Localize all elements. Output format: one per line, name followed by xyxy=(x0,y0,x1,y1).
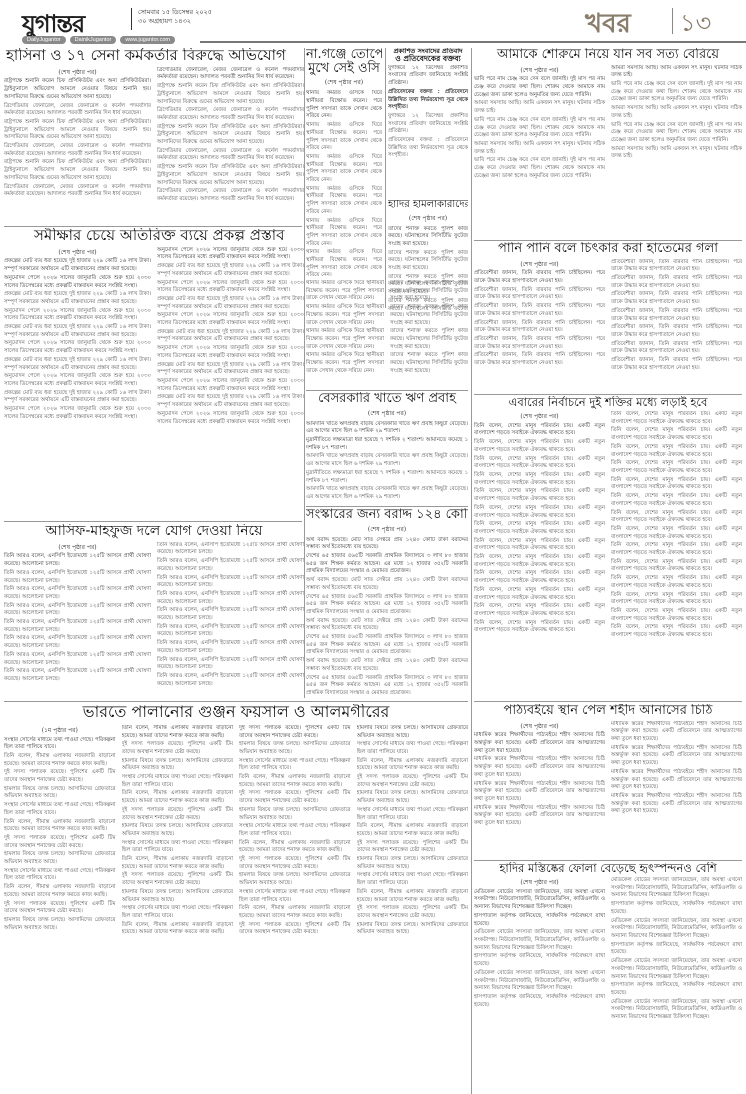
body-paragraph: তিনি বলেন, দেশের মানুষ পরিবর্তন চায়। এক… xyxy=(611,477,742,492)
body-paragraph: ব্রিগেডিয়ার জেনারেল, মেজর জেনারেল ও কর্… xyxy=(4,103,151,118)
body-paragraph: তিনি বলেন, দেশের মানুষ পরিবর্তন চায়। এক… xyxy=(611,444,742,459)
body-paragraph: ব্রিগেডিয়ার জেনারেল, মেজর জেনারেল ও কর্… xyxy=(157,148,304,163)
body-paragraph: হামলার বিষয়ে তদন্ত চলছে। আসামিদের গ্রেফ… xyxy=(4,917,116,932)
continued-label: (শেষ পৃষ্ঠার পর) xyxy=(306,77,382,88)
row-divider xyxy=(474,240,742,241)
body-paragraph: ভাবি পরে নাম চেঞ্জ করে দেন বলে জানাই। দু… xyxy=(611,81,742,104)
body-paragraph: ব্রিগেডিয়ার জেনারেল, মেজর জেনারেল ও কর্… xyxy=(4,184,151,199)
body-paragraph: তিনি বলেন, দেশের মানুষ পরিবর্তন চায়। এক… xyxy=(611,493,742,508)
body-paragraph: আমরা সমস্যায় আছি। আমি একজন সৎ মানুষ। ঘট… xyxy=(474,141,605,156)
body-paragraph: হাসপাতাল কর্তৃপক্ষ জানিয়েছে, সার্বক্ষণি… xyxy=(474,994,605,1009)
body-paragraph: তিনি বলেন, দেশের মানুষ পরিবর্তন চায়। এক… xyxy=(474,423,605,438)
body-paragraph: তিনি বলেন, সীমান্ত এলাকায় নজরদারি বাড়া… xyxy=(357,889,469,904)
row-divider xyxy=(474,860,742,861)
body-paragraph: প্রতিবেশীরা জানান, তিনি বারবার পানি চাইছ… xyxy=(474,303,605,318)
body-paragraph: অনুমোদন পেলে ২০২৬ সালের জানুয়ারি থেকে শ… xyxy=(157,280,304,295)
body-paragraph: তিনি বলেন, দেশের মানুষ পরিবর্তন চায়। এক… xyxy=(474,505,605,520)
body-paragraph: তাদের শনাক্ত করতে পুলিশ কাজ করছে। ঘটনাস্… xyxy=(388,226,468,249)
body-paragraph: প্রকল্পের মোট ব্যয় ধরা হয়েছে দুই হাজার… xyxy=(4,291,151,306)
body-paragraph: তিনি আরও বলেন, এনসিপি ইতোমধ্যে ১২৫টি আসন… xyxy=(157,673,304,688)
column-divider xyxy=(471,48,472,1094)
section-divider xyxy=(672,8,673,34)
body-paragraph: তাদের শনাক্ত করতে পুলিশ কাজ করছে। ঘটনাস্… xyxy=(390,328,468,351)
facebook-link[interactable]: DailyJugantor xyxy=(22,36,66,44)
body-paragraph: প্রতিবেশীরা জানান, তিনি বারবার পানি চাইছ… xyxy=(611,341,742,356)
date-gregorian: সোমবার ১৫ ডিসেম্বর ২০২৫ xyxy=(138,8,212,17)
body-paragraph: দুই সদস্য পলাতক রয়েছে। পুলিশের একটি টিম… xyxy=(239,922,351,937)
continued-label: (শেষ পৃষ্ঠার পর) xyxy=(4,249,151,257)
body-paragraph: সংস্থার সোর্সের মাধ্যমে তথ্য পাওয়া গেছে… xyxy=(122,774,234,789)
body-paragraph: মাধ্যমিক স্তরের শিক্ষার্থীদের পাঠ্যবইয়ে… xyxy=(474,732,605,755)
body-paragraph: দুই সদস্য পলাতক রয়েছে। পুলিশের একটি টিম… xyxy=(239,790,351,805)
body-paragraph: ব্রিগেডিয়ার জেনারেল, মেজর জেনারেল ও কর্… xyxy=(157,67,304,82)
body-paragraph: প্রতিবেশীরা জানান, তিনি বারবার পানি চাইছ… xyxy=(474,336,605,351)
body-paragraph: সংস্থার সোর্সের মাধ্যমে তথ্য পাওয়া গেছে… xyxy=(239,823,351,838)
body-paragraph: তিনি বলেন, সীমান্ত এলাকায় নজরদারি বাড়া… xyxy=(122,790,234,805)
body-paragraph: অনুমোদন পেলে ২০২৬ সালের জানুয়ারি থেকে শ… xyxy=(4,275,151,290)
body-paragraph: তাদের শনাক্ত করতে পুলিশ কাজ করছে। ঘটনাস্… xyxy=(390,352,468,375)
body-paragraph: থানায় কর্মরত ওসিকে ঘিরে স্থানীয়রা বিক্… xyxy=(306,280,384,303)
body-paragraph: প্রতিবেশীরা জানান, তিনি বারবার পানি চাইছ… xyxy=(611,259,742,274)
body-paragraph: অনুমোদন পেলে ২০২৬ সালের জানুয়ারি থেকে শ… xyxy=(157,345,304,360)
body-paragraph: তিনি বলেন, দেশের মানুষ পরিবর্তন চায়। এক… xyxy=(611,510,742,525)
body-paragraph: অনুমোদন পেলে ২০২৬ সালের জানুয়ারি থেকে শ… xyxy=(4,340,151,355)
body-paragraph: হামলার বিষয়ে তদন্ত চলছে। আসামিদের গ্রেফ… xyxy=(122,758,234,773)
body-paragraph: মাধ্যমিক স্তরের শিক্ষার্থীদের পাঠ্যবইয়ে… xyxy=(611,793,742,816)
body-paragraph: মেডিকেল বোর্ডের সদস্যরা জানিয়েছেন, তার … xyxy=(611,877,742,900)
body-paragraph: সংস্থার সোর্সের মাধ্যমে তথ্য পাওয়া গেছে… xyxy=(239,758,351,773)
body-paragraph: দুই সদস্য পলাতক রয়েছে। পুলিশের একটি টিম… xyxy=(357,774,469,789)
body-paragraph: দুই সদস্য পলাতক রয়েছে। পুলিশের একটি টিম… xyxy=(122,741,234,756)
body-paragraph: তিনি বলেন, দেশের মানুষ পরিবর্তন চায়। এক… xyxy=(611,427,742,442)
row-divider xyxy=(474,701,742,702)
body-paragraph: ভাবি পরে নাম চেঞ্জ করে দেন বলে জানাই। দু… xyxy=(474,76,605,99)
body-paragraph: ব্রিগেডিয়ার জেনারেল, মেজর জেনারেল ও কর্… xyxy=(4,143,151,158)
headline: আমাকে শোরুমে নিয়ে যান সব সত্য বেরিয়ে xyxy=(474,48,742,62)
body-paragraph: মাধ্যমিক স্তরের শিক্ষার্থীদের পাঠ্যবইয়ে… xyxy=(611,721,742,744)
body-paragraph: তিনি বলেন, দেশের মানুষ পরিবর্তন চায়। এক… xyxy=(611,559,742,574)
page-number: ১৩ xyxy=(680,5,711,45)
body-paragraph: তিনি বলেন, দেশের মানুষ পরিবর্তন চায়। এক… xyxy=(474,603,605,618)
body-paragraph: রাষ্ট্রপক্ষে শুনানি করেন চিফ প্রসিকিউটর … xyxy=(4,159,151,182)
body-paragraph: ভাবি পরে নাম চেঞ্জ করে দেন বলে জানাই। দু… xyxy=(611,122,742,145)
header-rule xyxy=(200,41,746,43)
body-paragraph: প্রতিবেশীরা জানান, তিনি বারবার পানি চাইছ… xyxy=(611,357,742,372)
body-paragraph: তিনি বলেন, দেশের মানুষ পরিবর্তন চায়। এক… xyxy=(474,554,605,569)
body-paragraph: তিনি আরও বলেন, এনসিপি ইতোমধ্যে ১২৫টি আসন… xyxy=(157,640,304,655)
date-block: সোমবার ১৫ ডিসেম্বর ২০২৫ ৩০ অগ্রহায়ণ ১৪৩… xyxy=(138,8,212,26)
story-ngonj: না.গঞ্জে তোপের মুখে সেই ওসি (শেষ পৃষ্ঠার… xyxy=(306,48,382,278)
body-paragraph: হামলার বিষয়ে তদন্ত চলছে। আসামিদের গ্রেফ… xyxy=(239,807,351,822)
body-paragraph: মুদ্রানীতিতে লক্ষ্যমাত্রা ধরা হয়েছে ৭ দ… xyxy=(306,470,468,485)
body-paragraph: প্রতিবেশীরা জানান, তিনি বারবার পানি চাইছ… xyxy=(474,287,605,302)
continued-label: (শেষ পৃষ্ঠার পর) xyxy=(474,413,605,421)
story-election: এবারের নির্বাচনে দুই শক্তির মধ্যে লড়াই … xyxy=(474,396,742,696)
body-paragraph: দেশের ৬৫ হাজার ৫৬৫টি সরকারি প্রাথমিক বিদ… xyxy=(306,594,468,617)
headline: হাসিনা ও ১৭ সেনা কর্মকর্তার বিরুদ্ধে অভি… xyxy=(4,48,304,64)
body-paragraph: তিনি আরও বলেন, এনসিপি ইতোমধ্যে ১২৫টি আসন… xyxy=(4,619,151,634)
body-paragraph: তিনি আরও বলেন, এনসিপি ইতোমধ্যে ১২৫টি আসন… xyxy=(157,558,304,573)
body-paragraph: তিনি বলেন, দেশের মানুষ পরিবর্তন চায়। এক… xyxy=(611,460,742,475)
body-paragraph: রাষ্ট্রপক্ষে শুনানি করেন চিফ প্রসিকিউটর … xyxy=(157,164,304,187)
body-paragraph: প্রকল্পের মোট ব্যয় ধরা হয়েছে দুই হাজার… xyxy=(157,263,304,278)
body-paragraph: প্রতিবেশীরা জানান, তিনি বারবার পানি চাইছ… xyxy=(474,352,605,367)
body-paragraph: প্রকল্পের মোট ব্যয় ধরা হয়েছে দুই হাজার… xyxy=(157,296,304,311)
body-paragraph: মেডিকেল বোর্ডের সদস্যরা জানিয়েছেন, তার … xyxy=(474,889,605,912)
row-divider xyxy=(4,521,302,522)
body-paragraph: মেডিকেল বোর্ডের সদস্যরা জানিয়েছেন, তার … xyxy=(611,958,742,981)
body-paragraph: তিনি বলেন, দেশের মানুষ পরিবর্তন চায়। এক… xyxy=(611,411,742,426)
body-paragraph: হাসপাতাল কর্তৃপক্ষ জানিয়েছে, সার্বক্ষণি… xyxy=(611,942,742,957)
body-paragraph: তিনি আরও বলেন, এনসিপি ইতোমধ্যে ১২৫টি আসন… xyxy=(157,607,304,622)
date-bengali: ৩০ অগ্রহায়ণ ১৪৩২ xyxy=(138,17,212,26)
body-paragraph: অর্থ বরাদ্দ হয়েছে। মোট সাত সেক্টরে প্রা… xyxy=(306,618,468,633)
body-paragraph: অনুমোদন পেলে ২০২৬ সালের জানুয়ারি থেকে শ… xyxy=(157,247,304,262)
body-paragraph: তিনি বলেন, দেশের মানুষ পরিবর্তন চায়। এক… xyxy=(474,456,605,471)
body-paragraph: প্রকল্পের মোট ব্যয় ধরা হয়েছে দুই হাজার… xyxy=(157,362,304,377)
headline-line-2: মুখে সেই ওসি xyxy=(306,62,382,76)
body-paragraph: দুই সদস্য পলাতক রয়েছে। পুলিশের একটি টিম… xyxy=(122,872,234,887)
row-divider xyxy=(306,390,468,391)
body-paragraph: তিনি বলেন, সীমান্ত এলাকায় নজরদারি বাড়া… xyxy=(4,753,116,768)
masthead: যুগান্তর সোমবার ১৫ ডিসেম্বর ২০২৫ ৩০ অগ্র… xyxy=(0,0,746,46)
body-paragraph: অনুমোদন পেলে ২০২৬ সালের জানুয়ারি থেকে শ… xyxy=(157,312,304,327)
headline: সমীক্ষার চেয়ে অতিরিক্ত ব্যয়ে প্রকল্প প… xyxy=(4,228,304,244)
body-paragraph: তাদের শনাক্ত করতে পুলিশ কাজ করছে। ঘটনাস্… xyxy=(390,304,468,327)
body-paragraph: তাদের শনাক্ত করতে পুলিশ কাজ করছে। ঘটনাস্… xyxy=(390,280,468,303)
body-paragraph: তিনি আরও বলেন, এনসিপি ইতোমধ্যে ১২৫টি আসন… xyxy=(4,603,151,618)
body-paragraph: অর্থ বরাদ্দ হয়েছে। মোট সাত সেক্টরে প্রা… xyxy=(306,577,468,592)
body-paragraph: প্রকল্পের মোট ব্যয় ধরা হয়েছে দুই হাজার… xyxy=(4,390,151,405)
continued-label: (শেষ পৃষ্ঠার পর) xyxy=(306,408,468,419)
body-paragraph: থানায় কর্মরত ওসিকে ঘিরে স্থানীয়রা বিক্… xyxy=(306,352,384,375)
body-paragraph: তিনি বলেন, দেশের মানুষ পরিবর্তন চায়। এক… xyxy=(611,608,742,623)
body-paragraph: হামলার বিষয়ে তদন্ত চলছে। আসামিদের গ্রেফ… xyxy=(122,823,234,838)
body-paragraph: প্রতিবেশীরা জানান, তিনি বারবার পানি চাইছ… xyxy=(611,308,742,323)
body-paragraph: তিনি আরও বলেন, এনসিপি ইতোমধ্যে ১২৫টি আসন… xyxy=(4,668,151,683)
body-paragraph: থানায় কর্মরত ওসিকে ঘিরে স্থানীয়রা বিক্… xyxy=(306,328,384,351)
body-paragraph: তিনি আরও বলেন, এনসিপি ইতোমধ্যে ১২৫টি আসন… xyxy=(4,553,151,568)
social-links: DailyJugantor DainikJugantor www.juganto… xyxy=(22,36,175,44)
body-paragraph: থানায় কর্মরত ওসিকে ঘিরে স্থানীয়রা বিক্… xyxy=(306,249,382,278)
body-paragraph: সংস্থার সোর্সের মাধ্যমে তথ্য পাওয়া গেছে… xyxy=(357,807,469,822)
body-paragraph: তাদের শনাক্ত করতে পুলিশ কাজ করছে। ঘটনাস্… xyxy=(388,250,468,273)
body-paragraph: হাসপাতাল কর্তৃপক্ষ জানিয়েছে, সার্বক্ষণি… xyxy=(474,953,605,968)
body-paragraph: অর্থ বরাদ্দ হয়েছে। মোট সাত সেক্টরে প্রা… xyxy=(306,537,468,552)
body-paragraph: আমরা সমস্যায় আছি। আমি একজন সৎ মানুষ। ঘট… xyxy=(611,146,742,161)
body-paragraph: সংস্থার সোর্সের মাধ্যমে তথ্য পাওয়া গেছে… xyxy=(122,840,234,855)
body-paragraph: প্রতিবেশীরা জানান, তিনি বারবার পানি চাইছ… xyxy=(611,324,742,339)
story-reform: সংস্কারের জন্য বরাদ্দ ১২৪ কোটি (শেষ পৃষ্… xyxy=(306,508,468,698)
body-paragraph: প্রকল্পের মোট ব্যয় ধরা হয়েছে দুই হাজার… xyxy=(157,329,304,344)
body-paragraph: অর্থ বরাদ্দ হয়েছে। মোট সাত সেক্টরে প্রা… xyxy=(306,658,468,673)
body-paragraph: প্রতিবেদকের বক্তব্য : প্রতিবেদনে উল্লিখি… xyxy=(388,89,468,112)
body-paragraph: সংস্থার সোর্সের মাধ্যমে তথ্য পাওয়া গেছে… xyxy=(4,737,116,752)
story-private-loan: বেসরকারি খাতে ঋণ প্রবাহ (শেষ পৃষ্ঠার পর)… xyxy=(306,392,468,504)
body-paragraph: সংস্থার সোর্সের মাধ্যমে তথ্য পাওয়া গেছে… xyxy=(122,905,234,920)
column-divider xyxy=(385,48,386,308)
continued-label: (১ম পৃষ্ঠার পর) xyxy=(4,727,116,735)
body-paragraph: আমদানি খাতে ঋণপ্রবাহ বাড়ায় বেসরকারি খা… xyxy=(306,486,468,501)
body-paragraph: তিনি বলেন, দেশের মানুষ পরিবর্তন চায়। এক… xyxy=(474,488,605,503)
body-paragraph: তিনি বলেন, সীমান্ত এলাকায় নজরদারি বাড়া… xyxy=(122,922,234,937)
body-paragraph: তিনি বলেন, দেশের মানুষ পরিবর্তন চায়। এক… xyxy=(611,592,742,607)
body-paragraph: আমরা সমস্যায় আছি। আমি একজন সৎ মানুষ। ঘট… xyxy=(611,105,742,120)
body-paragraph: আমরা সমস্যায় আছি। আমি একজন সৎ মানুষ। ঘট… xyxy=(474,100,605,115)
body-paragraph: প্রতিবেদকের বক্তব্য : প্রতিবেদনে উল্লিখি… xyxy=(388,137,468,160)
body-paragraph: মেডিকেল বোর্ডের সদস্যরা জানিয়েছেন, তার … xyxy=(611,999,742,1022)
body-paragraph: দুই সদস্য পলাতক রয়েছে। পুলিশের একটি টিম… xyxy=(357,905,469,920)
body-paragraph: দেশের ৬৫ হাজার ৫৬৫টি সরকারি প্রাথমিক বিদ… xyxy=(306,634,468,657)
body-paragraph: তিনি বলেন, সীমান্ত এলাকায় নজরদারি বাড়া… xyxy=(357,823,469,838)
body-paragraph: রাষ্ট্রপক্ষে শুনানি করেন চিফ প্রসিকিউটর … xyxy=(4,78,151,101)
body-paragraph: মাধ্যমিক স্তরের শিক্ষার্থীদের পাঠ্যবইয়ে… xyxy=(474,805,605,828)
body-paragraph: যুগান্তরে ১২ ডিসেম্বর প্রকাশিত সংবাদের প… xyxy=(388,65,468,88)
body-paragraph: তিনি আরও বলেন, এনসিপি ইতোমধ্যে ১২৫টি আসন… xyxy=(4,652,151,667)
body-paragraph: তিনি বলেন, সীমান্ত এলাকায় নজরদারি বাড়া… xyxy=(4,819,116,834)
story-asif: আসিফ-মাহফুজ দলে যোগ দেওয়া নিয়ে (শেষ পৃ… xyxy=(4,524,304,700)
body-paragraph: রাষ্ট্রপক্ষে শুনানি করেন চিফ প্রসিকিউটর … xyxy=(157,83,304,106)
body-paragraph: তিনি আরও বলেন, এনসিপি ইতোমধ্যে ১২৫টি আসন… xyxy=(157,591,304,606)
body-paragraph: থানায় কর্মরত ওসিকে ঘিরে স্থানীয়রা বিক্… xyxy=(306,154,382,185)
headline: এবারের নির্বাচনে দুই শক্তির মধ্যে লড়াই … xyxy=(474,396,742,408)
story-hasina: হাসিনা ও ১৭ সেনা কর্মকর্তার বিরুদ্ধে অভি… xyxy=(4,48,304,224)
body-paragraph: প্রতিবেশীরা জানান, তিনি বারবার পানি চাইছ… xyxy=(474,270,605,285)
body-paragraph: প্রকল্পের মোট ব্যয় ধরা হয়েছে দুই হাজার… xyxy=(4,357,151,372)
row-divider xyxy=(474,394,742,395)
body-paragraph: থানায় কর্মরত ওসিকে ঘিরে স্থানীয়রা বিক্… xyxy=(306,122,382,153)
continued-label: (শেষ পৃষ্ঠার পর) xyxy=(388,213,468,224)
body-paragraph: দুই সদস্য পলাতক রয়েছে। পুলিশের একটি টিম… xyxy=(4,901,116,916)
body-paragraph: হামলার বিষয়ে তদন্ত চলছে। আসামিদের গ্রেফ… xyxy=(357,856,469,871)
headline: হাদির মস্তিষ্কের ফোলা বেড়েছে হৃৎস্পন্দন… xyxy=(474,862,742,874)
continued-label: (শেষ পৃষ্ঠার পর) xyxy=(4,69,151,77)
body-paragraph: তিনি বলেন, দেশের মানুষ পরিবর্তন চায়। এক… xyxy=(474,587,605,602)
body-paragraph: তিনি আরও বলেন, এনসিপি ইতোমধ্যে ১২৫টি আসন… xyxy=(157,575,304,590)
body-paragraph: তিনি বলেন, দেশের মানুষ পরিবর্তন চায়। এক… xyxy=(474,439,605,454)
body-paragraph: সংস্থার সোর্সের মাধ্যমে তথ্য পাওয়া গেছে… xyxy=(239,889,351,904)
body-paragraph: তিনি আরও বলেন, এনসিপি ইতোমধ্যে ১২৫টি আসন… xyxy=(157,624,304,639)
body-paragraph: তিনি বলেন, দেশের মানুষ পরিবর্তন চায়। এক… xyxy=(474,472,605,487)
body-paragraph: তিনি আরও বলেন, এনসিপি ইতোমধ্যে ১২৫টি আসন… xyxy=(4,586,151,601)
body-paragraph: তিনি বলেন, সীমান্ত এলাকায় নজরদারি বাড়া… xyxy=(122,856,234,871)
body-paragraph: আমরা সমস্যায় আছি। আমি একজন সৎ মানুষ। ঘট… xyxy=(611,65,742,80)
body-paragraph: আমদানি খাতে ঋণপ্রবাহ বাড়ায় বেসরকারি খা… xyxy=(306,421,468,436)
body-paragraph: মাধ্যমিক স্তরের শিক্ষার্থীদের পাঠ্যবইয়ে… xyxy=(474,781,605,804)
story-water: পানি পানি বলে চিৎকার করা হাতেমের গলা (শে… xyxy=(474,242,742,392)
section-title: খবর xyxy=(585,3,631,47)
body-paragraph: সংস্থার সোর্সের মাধ্যমে তথ্য পাওয়া গেছে… xyxy=(4,868,116,883)
continued-label: (শেষ পৃষ্ঠার পর) xyxy=(474,723,605,731)
body-paragraph: তিনি বলেন, সীমান্ত এলাকায় নজরদারি বাড়া… xyxy=(122,725,234,740)
body-paragraph: মেডিকেল বোর্ডের সদস্যরা জানিয়েছেন, তার … xyxy=(474,970,605,993)
body-paragraph: তিনি বলেন, দেশের মানুষ পরিবর্তন চায়। এক… xyxy=(611,575,742,590)
body-paragraph: হামলার বিষয়ে তদন্ত চলছে। আসামিদের গ্রেফ… xyxy=(239,741,351,756)
body-paragraph: অনুমোদন পেলে ২০২৬ সালের জানুয়ারি থেকে শ… xyxy=(157,378,304,393)
logo-divider xyxy=(131,8,132,30)
body-paragraph: অনুমোদন পেলে ২০২৬ সালের জানুয়ারি থেকে শ… xyxy=(157,411,304,426)
story-protibad: প্রকাশিত সংবাদের প্রতিবাদ ও প্রতিবেদকের … xyxy=(388,48,468,198)
story-ngonj-continued: থানায় কর্মরত ওসিকে ঘিরে স্থানীয়রা বিক্… xyxy=(306,280,468,390)
headline: বেসরকারি খাতে ঋণ প্রবাহ xyxy=(306,392,468,406)
body-paragraph: দুই সদস্য পলাতক রয়েছে। পুলিশের একটি টিম… xyxy=(357,840,469,855)
body-paragraph: রাষ্ট্রপক্ষে শুনানি করেন চিফ প্রসিকিউটর … xyxy=(4,119,151,142)
headline-line-2: ও প্রতিবেদকের বক্তব্য xyxy=(388,55,468,63)
body-paragraph: অনুমোদন পেলে ২০২৬ সালের জানুয়ারি থেকে শ… xyxy=(4,373,151,388)
continued-label: (শেষ পৃষ্ঠার পর) xyxy=(474,67,605,75)
body-paragraph: হাসপাতাল কর্তৃপক্ষ জানিয়েছে, সার্বক্ষণি… xyxy=(611,901,742,916)
body-paragraph: প্রতিবেশীরা জানান, তিনি বারবার পানি চাইছ… xyxy=(611,275,742,290)
body-paragraph: ব্রিগেডিয়ার জেনারেল, মেজর জেনারেল ও কর্… xyxy=(157,107,304,122)
body-paragraph: তিনি আরও বলেন, এনসিপি ইতোমধ্যে ১২৫টি আসন… xyxy=(4,635,151,650)
headline: পানি পানি বলে চিৎকার করা হাতেমের গলা xyxy=(474,242,742,256)
headline: ভারতে পালানোর গুঞ্জন ফয়সাল ও আলমগীরের xyxy=(4,704,468,721)
body-paragraph: সংস্থার সোর্সের মাধ্যমে তথ্য পাওয়া গেছে… xyxy=(357,872,469,887)
body-paragraph: তিনি বলেন, দেশের মানুষ পরিবর্তন চায়। এক… xyxy=(474,620,605,635)
body-paragraph: থানায় কর্মরত ওসিকে ঘিরে স্থানীয়রা বিক্… xyxy=(306,218,382,249)
body-paragraph: দুই সদস্য পলাতক রয়েছে। পুলিশের একটি টিম… xyxy=(4,835,116,850)
body-paragraph: হামলার বিষয়ে তদন্ত চলছে। আসামিদের গ্রেফ… xyxy=(122,889,234,904)
body-paragraph: থানায় কর্মরত ওসিকে ঘিরে স্থানীয়রা বিক্… xyxy=(306,186,382,217)
body-paragraph: মাধ্যমিক স্তরের শিক্ষার্থীদের পাঠ্যবইয়ে… xyxy=(474,756,605,779)
body-paragraph: রাষ্ট্রপক্ষে শুনানি করেন চিফ প্রসিকিউটর … xyxy=(157,124,304,147)
body-paragraph: ভাবি পরে নাম চেঞ্জ করে দেন বলে জানাই। দু… xyxy=(474,117,605,140)
body-paragraph: প্রতিবেশীরা জানান, তিনি বারবার পানি চাইছ… xyxy=(474,320,605,335)
headline: আসিফ-মাহফুজ দলে যোগ দেওয়া নিয়ে xyxy=(4,524,304,539)
body-paragraph: হামলার বিষয়ে তদন্ত চলছে। আসামিদের গ্রেফ… xyxy=(357,922,469,937)
body-paragraph: মাধ্যমিক স্তরের শিক্ষার্থীদের পাঠ্যবইয়ে… xyxy=(611,745,742,768)
body-paragraph: দুই সদস্য পলাতক রয়েছে। পুলিশের একটি টিম… xyxy=(4,769,116,784)
website-link[interactable]: www.jugantor.com xyxy=(120,36,175,44)
story-showroom: আমাকে শোরুমে নিয়ে যান সব সত্য বেরিয়ে (… xyxy=(474,48,742,238)
story-hadi-brain: হাদির মস্তিষ্কের ফোলা বেড়েছে হৃৎস্পন্দন… xyxy=(474,862,742,1094)
body-paragraph: হামলার বিষয়ে তদন্ত চলছে। আসামিদের গ্রেফ… xyxy=(357,725,469,740)
body-paragraph: সংস্থার সোর্সের মাধ্যমে তথ্য পাওয়া গেছে… xyxy=(357,741,469,756)
story-textbook: পাঠ্যবইয়ে স্থান পেল শহীদ আনাসের চিঠি (শ… xyxy=(474,704,742,860)
body-paragraph: মুদ্রানীতিতে লক্ষ্যমাত্রা ধরা হয়েছে ৭ দ… xyxy=(306,437,468,452)
body-paragraph: তিনি বলেন, সীমান্ত এলাকায় নজরদারি বাড়া… xyxy=(239,774,351,789)
body-paragraph: হামলার বিষয়ে তদন্ত চলছে। আসামিদের গ্রেফ… xyxy=(4,851,116,866)
headline-line-1: না.গঞ্জে তোপের xyxy=(306,48,382,62)
body-paragraph: মাধ্যমিক স্তরের শিক্ষার্থীদের পাঠ্যবইয়ে… xyxy=(611,769,742,792)
headline: সংস্কারের জন্য বরাদ্দ ১২৪ কোটি xyxy=(306,508,468,522)
body-paragraph: তিনি আরও বলেন, এনসিপি ইতোমধ্যে ১২৫টি আসন… xyxy=(4,570,151,585)
body-paragraph: অনুমোদন পেলে ২০২৬ সালের জানুয়ারি থেকে শ… xyxy=(4,308,151,323)
body-paragraph: তিনি বলেন, সীমান্ত এলাকায় নজরদারি বাড়া… xyxy=(4,884,116,899)
body-paragraph: দুই সদস্য পলাতক রয়েছে। পুলিশের একটি টিম… xyxy=(122,807,234,822)
body-paragraph: হামলার বিষয়ে তদন্ত চলছে। আসামিদের গ্রেফ… xyxy=(357,790,469,805)
row-divider xyxy=(4,226,302,227)
body-paragraph: তিনি বলেন, সীমান্ত এলাকায় নজরদারি বাড়া… xyxy=(357,758,469,773)
body-paragraph: হামলার বিষয়ে তদন্ত চলছে। আসামিদের গ্রেফ… xyxy=(239,872,351,887)
story-faisal: ভারতে পালানোর গুঞ্জন ফয়সাল ও আলমগীরের (… xyxy=(4,704,468,1094)
body-paragraph: আমদানি খাতে ঋণপ্রবাহ বাড়ায় বেসরকারি খা… xyxy=(306,453,468,468)
body-paragraph: হাসপাতাল কর্তৃপক্ষ জানিয়েছে, সার্বক্ষণি… xyxy=(474,913,605,928)
continued-label: (শেষ পৃষ্ঠার পর) xyxy=(474,261,605,269)
body-paragraph: তিনি আরও বলেন, এনসিপি ইতোমধ্যে ১২৫টি আসন… xyxy=(157,657,304,672)
body-paragraph: তিনি বলেন, দেশের মানুষ পরিবর্তন চায়। এক… xyxy=(611,624,742,639)
body-paragraph: থানায় কর্মরত ওসিকে ঘিরে স্থানীয়রা বিক্… xyxy=(306,304,384,327)
row-divider xyxy=(306,506,468,507)
continued-label: (শেষ পৃষ্ঠার পর) xyxy=(474,879,605,887)
body-paragraph: তিনি বলেন, সীমান্ত এলাকায় নজরদারি বাড়া… xyxy=(239,905,351,920)
body-paragraph: তিনি বলেন, সীমান্ত এলাকায় নজরদারি বাড়া… xyxy=(239,840,351,855)
body-paragraph: দেশের ৬৫ হাজার ৫৬৫টি সরকারি প্রাথমিক বিদ… xyxy=(306,553,468,576)
body-paragraph: দেশের ৬৫ হাজার ৫৬৫টি সরকারি প্রাথমিক বিদ… xyxy=(306,675,468,698)
body-paragraph: থানায় কর্মরত ওসিকে ঘিরে স্থানীয়রা বিক্… xyxy=(306,90,382,121)
body-paragraph: তিনি বলেন, দেশের মানুষ পরিবর্তন চায়। এক… xyxy=(611,526,742,541)
headline: পাঠ্যবইয়ে স্থান পেল শহীদ আনাসের চিঠি xyxy=(474,704,742,718)
body-paragraph: মেডিকেল বোর্ডের সদস্যরা জানিয়েছেন, তার … xyxy=(474,929,605,952)
body-paragraph: প্রতিবেশীরা জানান, তিনি বারবার পানি চাইছ… xyxy=(611,291,742,306)
body-paragraph: তিনি বলেন, দেশের মানুষ পরিবর্তন চায়। এক… xyxy=(474,570,605,585)
column-divider xyxy=(304,48,305,698)
story-survey: সমীক্ষার চেয়ে অতিরিক্ত ব্যয়ে প্রকল্প প… xyxy=(4,228,304,518)
body-paragraph: হাসপাতাল কর্তৃপক্ষ জানিয়েছে, সার্বক্ষণি… xyxy=(611,982,742,997)
body-paragraph: তিনি বলেন, দেশের মানুষ পরিবর্তন চায়। এক… xyxy=(474,521,605,536)
continued-label: (শেষ পৃষ্ঠার পর) xyxy=(306,524,468,535)
body-paragraph: প্রকল্পের মোট ব্যয় ধরা হয়েছে দুই হাজার… xyxy=(4,324,151,339)
body-paragraph: তিনি বলেন, দেশের মানুষ পরিবর্তন চায়। এক… xyxy=(611,542,742,557)
body-paragraph: সংস্থার সোর্সের মাধ্যমে তথ্য পাওয়া গেছে… xyxy=(4,802,116,817)
continued-label: (শেষ পৃষ্ঠার পর) xyxy=(4,544,151,552)
body-paragraph: ভাবি পরে নাম চেঞ্জ করে দেন বলে জানাই। দু… xyxy=(474,157,605,180)
body-paragraph: মেডিকেল বোর্ডের সদস্যরা জানিয়েছেন, তার … xyxy=(611,918,742,941)
body-paragraph: তিনি বলেন, দেশের মানুষ পরিবর্তন চায়। এক… xyxy=(474,538,605,553)
body-paragraph: প্রকল্পের মোট ব্যয় ধরা হয়েছে দুই হাজার… xyxy=(157,394,304,409)
body-paragraph: দুই সদস্য পলাতক রয়েছে। পুলিশের একটি টিম… xyxy=(239,725,351,740)
body-paragraph: প্রকল্পের মোট ব্যয় ধরা হয়েছে দুই হাজার… xyxy=(4,258,151,273)
body-paragraph: দুই সদস্য পলাতক রয়েছে। পুলিশের একটি টিম… xyxy=(239,856,351,871)
body-paragraph: হামলার বিষয়ে তদন্ত চলছে। আসামিদের গ্রেফ… xyxy=(4,786,116,801)
headline: হাদির হামলাকারীদের xyxy=(388,200,468,211)
twitter-link[interactable]: DainikJugantor xyxy=(70,36,117,44)
body-paragraph: যুগান্তরে ১২ ডিসেম্বর প্রকাশিত সংবাদের প… xyxy=(388,113,468,136)
row-divider xyxy=(4,701,468,702)
body-paragraph: ব্রিগেডিয়ার জেনারেল, মেজর জেনারেল ও কর্… xyxy=(157,188,304,203)
body-paragraph: অনুমোদন পেলে ২০২৬ সালের জানুয়ারি থেকে শ… xyxy=(4,406,151,421)
body-paragraph: তিনি আরও বলেন, এনসিপি ইতোমধ্যে ১২৫টি আসন… xyxy=(157,542,304,557)
